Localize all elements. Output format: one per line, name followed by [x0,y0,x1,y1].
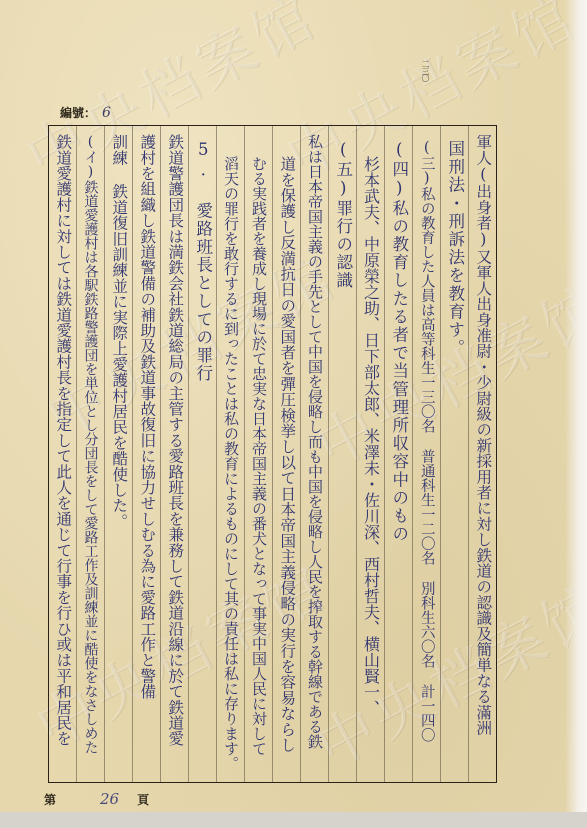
manuscript-column: 国刑法・刑訴法を教育す。 [440,126,468,782]
column-text: 鉄道愛護村に対しては鉄道愛護村長を指定して此人を通じて行事を行ひ或は平和居民を [55,134,71,746]
manuscript-column: むる実践者を養成し現場に於て忠実な日本帝国主義の番犬となって事実中国人民に対して [244,126,272,782]
manuscript-column: (イ)鉄道愛護村は各駅鉄路警護団を単位とし分団長をして愛路工作及訓練並に酷使をな… [76,126,104,782]
manuscript-column: (五)罪行の認識 [328,126,356,782]
footer-suffix: 頁 [137,793,149,807]
page-footer: 第26頁 [44,790,149,808]
manuscript-grid: 軍人(出身者)又軍人出身准尉・少尉級の新採用者に対し鉄道の認識及簡単なる滿洲 国… [48,125,497,783]
manuscript-column: 滔天の罪行を敢行するに到ったことは私の教育によるものにして其の責任は私に存ります… [216,126,244,782]
serial-number: 編號：6 [60,104,111,121]
manuscript-column: 軍人(出身者)又軍人出身准尉・少尉級の新採用者に対し鉄道の認識及簡単なる滿洲 [468,126,496,782]
manuscript-column: 5. 愛路班長としての罪行 [188,126,216,782]
manuscript-column: 護村を組織し鉄道警備の補助及鉄道事故復旧に協力せしむる為に愛路工作と警備 [132,126,160,782]
archive-mark: 二三〇 [420,60,431,81]
column-text: 杉本武夫、中原榮之助、日下部太郎、米澤未・佐川深、西村哲夫、横山賢一、 [363,156,379,716]
manuscript-column: 訓練 鉄道復旧訓練並に実際上愛護村居民を酷使した。 [104,126,132,782]
column-text: むる実践者を養成し現場に於て忠実な日本帝国主義の番犬となって事実中国人民に対して [251,156,266,756]
column-text: 護村を組織し鉄道警備の補助及鉄道事故復旧に協力せしむる為に愛路工作と警備 [139,134,155,699]
column-text: 軍人(出身者)又軍人出身准尉・少尉級の新採用者に対し鉄道の認識及簡単なる滿洲 [475,134,491,736]
column-text: 道を保護し反満抗日の愛国者を彈圧検挙し以て日本帝国主義侵略の実行を容易ならし [279,156,295,753]
column-text: 滔天の罪行を敢行するに到ったことは私の教育によるものにして其の責任は私に存ります… [223,156,238,771]
document-page: 中央档案馆 中央档案馆 中央档案馆 中央档案馆 中央档案馆 中央档案馆 二三〇 … [0,0,587,812]
page-number: 26 [100,790,119,808]
column-text: 私は日本帝国主義の手先として中国を侵略し而も中国を侵略し人民を搾取する幹線である… [307,134,322,749]
manuscript-column: 私は日本帝国主義の手先として中国を侵略し而も中国を侵略し人民を搾取する幹線である… [300,126,328,782]
column-text: 鉄道警護団長は満鉄会社鉄道総局の主管する愛路班長を兼務して鉄道沿線に於て鉄道愛 [167,134,183,746]
manuscript-column: 鉄道愛護村に対しては鉄道愛護村長を指定して此人を通じて行事を行ひ或は平和居民を [49,126,76,782]
manuscript-column: (三)私の教育した人員は高等科生一三〇名 普通科生一二〇名 別科生六〇名 計一四… [412,126,440,782]
serial-value: 6 [102,105,111,121]
manuscript-column: 杉本武夫、中原榮之助、日下部太郎、米澤未・佐川深、西村哲夫、横山賢一、 [356,126,384,782]
column-text: (三)私の教育した人員は高等科生一三〇名 普通科生一二〇名 別科生六〇名 計一四… [419,140,434,742]
torn-paper-edge [565,0,587,812]
column-text: 国刑法・刑訴法を教育す。 [446,140,463,357]
manuscript-column: 鉄道警護団長は満鉄会社鉄道総局の主管する愛路班長を兼務して鉄道沿線に於て鉄道愛 [160,126,188,782]
section-heading: 5. 愛路班長としての罪行 [194,140,211,383]
column-text: 訓練 鉄道復旧訓練並に実際上愛護村居民を酷使した。 [111,134,127,529]
manuscript-column: (四)私の教育したる者で当管理所収容中のもの [384,126,412,782]
serial-label: 編號： [60,106,96,120]
manuscript-column: 道を保護し反満抗日の愛国者を彈圧検挙し以て日本帝国主義侵略の実行を容易ならし [272,126,300,782]
column-text: (イ)鉄道愛護村は各駅鉄路警護団を単位とし分団長をして愛路工作及訓練並に酷使をな… [84,134,98,754]
column-text: (四)私の教育したる者で当管理所収容中のもの [390,140,407,543]
footer-prefix: 第 [44,793,56,807]
scan-background [0,812,587,828]
section-heading: (五)罪行の認識 [334,140,351,290]
